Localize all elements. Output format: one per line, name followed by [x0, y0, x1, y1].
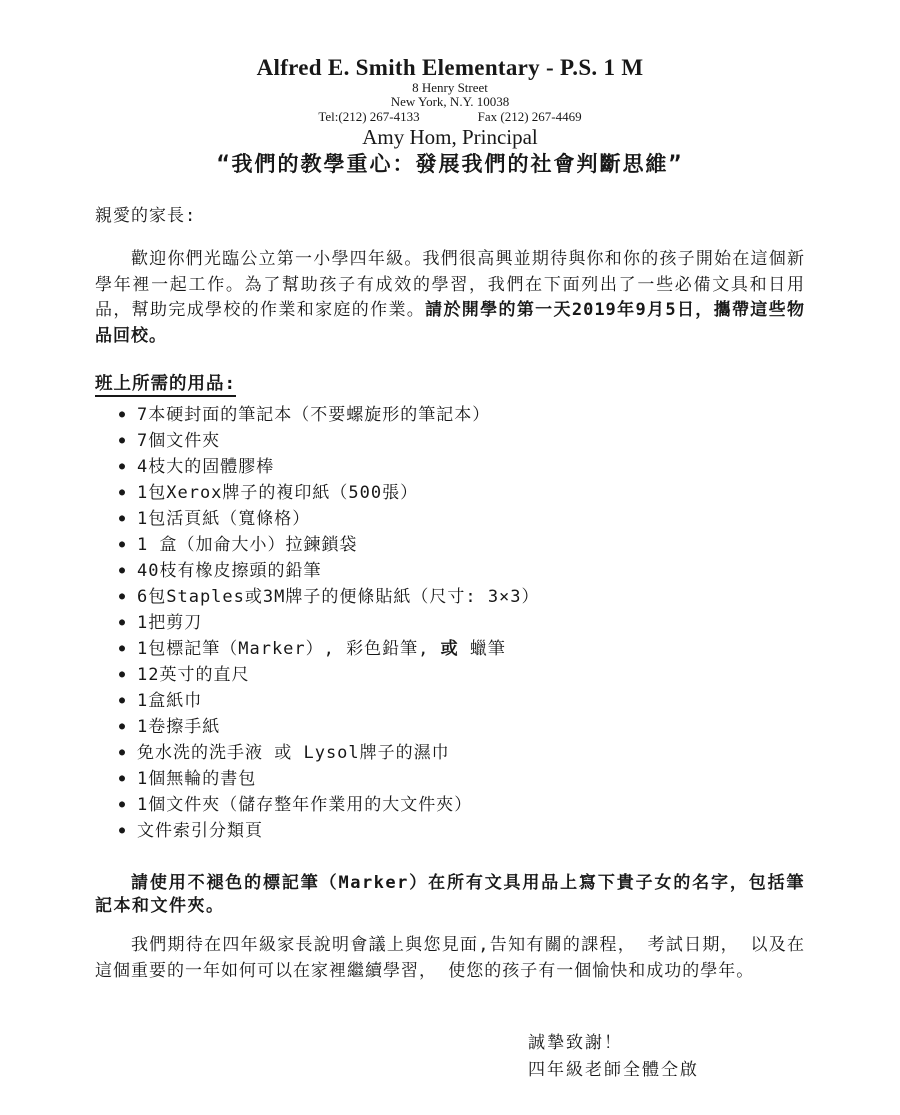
bullet-icon: ● [119, 506, 137, 532]
supply-item: ●1包活頁紙（寬條格） [95, 506, 805, 532]
supply-item-text: 40枝有橡皮擦頭的鉛筆 [137, 558, 321, 584]
closing-signature: 四年級老師全體仝啟 [528, 1057, 805, 1084]
supply-item-text: 1包標記筆（Marker）, 彩色鉛筆, 或 蠟筆 [137, 636, 506, 662]
supply-item-text: 1個文件夾（儲存整年作業用的大文件夾） [137, 792, 472, 818]
tel-fax-row: Tel:(212) 267-4133 Fax (212) 267-4469 [95, 110, 805, 123]
supply-item: ●1 盒（加侖大小）拉鍊鎖袋 [95, 532, 805, 558]
bullet-icon: ● [119, 662, 137, 688]
supply-item-text-part: 蠟筆 [459, 639, 506, 659]
bullet-icon: ● [119, 766, 137, 792]
supply-item-text: 1包Xerox牌子的複印紙（500張） [137, 480, 418, 506]
supply-item: ●1卷擦手紙 [95, 714, 805, 740]
bullet-icon: ● [119, 558, 137, 584]
address-line-1: 8 Henry Street [95, 81, 805, 94]
supplies-heading-text: 班上所需的用品: [95, 374, 236, 397]
supply-item-text: 1卷擦手紙 [137, 714, 220, 740]
supply-item: ●1包標記筆（Marker）, 彩色鉛筆, 或 蠟筆 [95, 636, 805, 662]
letterhead: Alfred E. Smith Elementary - P.S. 1 M 8 … [95, 55, 805, 177]
outro-paragraph: 我們期待在四年級家長說明會議上與您見面,告知有關的課程， 考試日期， 以及在這個… [95, 933, 805, 984]
supply-item-text: 1個無輪的書包 [137, 766, 256, 792]
supply-item-text: 7個文件夾 [137, 428, 220, 454]
supplies-list: ●7本硬封面的筆記本（不要螺旋形的筆記本） ●7個文件夾 ●4枝大的固體膠棒 ●… [95, 402, 805, 844]
school-motto: “我們的教學重心：發展我們的社會判斷思維” [95, 151, 805, 177]
supply-item: ●免水洗的洗手液 或 Lysol牌子的濕巾 [95, 740, 805, 766]
supply-item: ●文件索引分類頁 [95, 818, 805, 844]
supply-item: ●1把剪刀 [95, 610, 805, 636]
supply-item: ●1盒紙巾 [95, 688, 805, 714]
bullet-icon: ● [119, 428, 137, 454]
bullet-icon: ● [119, 688, 137, 714]
supply-item: ●7本硬封面的筆記本（不要螺旋形的筆記本） [95, 402, 805, 428]
fax-number: Fax (212) 267-4469 [478, 110, 582, 123]
supply-item-text: 12英寸的直尺 [137, 662, 249, 688]
bullet-icon: ● [119, 402, 137, 428]
supply-item: ●1個文件夾（儲存整年作業用的大文件夾） [95, 792, 805, 818]
tel-number: Tel:(212) 267-4133 [318, 110, 419, 123]
letter-document: Alfred E. Smith Elementary - P.S. 1 M 8 … [0, 0, 900, 1115]
supply-item-text: 文件索引分類頁 [137, 818, 263, 844]
bullet-icon: ● [119, 584, 137, 610]
bullet-icon: ● [119, 610, 137, 636]
address-line-2: New York, N.Y. 10038 [95, 95, 805, 108]
supply-item-text: 6包Staples或3M牌子的便條貼紙（尺寸: 3×3） [137, 584, 540, 610]
letter-body: 親愛的家長: 歡迎你們光臨公立第一小學四年級。我們很高興並期待與你和你的孩子開始… [95, 205, 805, 1084]
intro-paragraph: 歡迎你們光臨公立第一小學四年級。我們很高興並期待與你和你的孩子開始在這個新學年裡… [95, 247, 805, 349]
bullet-icon: ● [119, 818, 137, 844]
supply-item: ●7個文件夾 [95, 428, 805, 454]
supply-item-text: 1 盒（加侖大小）拉鍊鎖袋 [137, 532, 357, 558]
closing-block: 誠摯致謝！ 四年級老師全體仝啟 [528, 1030, 805, 1084]
supply-item-text: 4枝大的固體膠棒 [137, 454, 274, 480]
bullet-icon: ● [119, 454, 137, 480]
supply-item: ●1個無輪的書包 [95, 766, 805, 792]
bullet-icon: ● [119, 740, 137, 766]
supply-item-text-bold: 或 [441, 639, 459, 659]
school-name: Alfred E. Smith Elementary - P.S. 1 M [95, 55, 805, 80]
note-paragraph: 請使用不褪色的標記筆（Marker）在所有文具用品上寫下貴子女的名字，包括筆記本… [95, 872, 805, 917]
supply-item: ●6包Staples或3M牌子的便條貼紙（尺寸: 3×3） [95, 584, 805, 610]
bullet-icon: ● [119, 532, 137, 558]
bullet-icon: ● [119, 714, 137, 740]
bullet-icon: ● [119, 792, 137, 818]
supply-item-text: 1把剪刀 [137, 610, 202, 636]
principal-name: Amy Hom, Principal [95, 126, 805, 149]
supply-item: ●4枝大的固體膠棒 [95, 454, 805, 480]
bullet-icon: ● [119, 480, 137, 506]
supply-item-text: 1盒紙巾 [137, 688, 202, 714]
supply-item-text-part: 1包標記筆（Marker）, 彩色鉛筆, [137, 639, 441, 659]
supply-item-text: 7本硬封面的筆記本（不要螺旋形的筆記本） [137, 402, 490, 428]
supply-item: ●1包Xerox牌子的複印紙（500張） [95, 480, 805, 506]
salutation: 親愛的家長: [95, 205, 805, 227]
closing-thanks: 誠摯致謝！ [528, 1030, 805, 1057]
bullet-icon: ● [119, 636, 137, 662]
supplies-heading: 班上所需的用品: [95, 373, 805, 395]
supply-item-text: 免水洗的洗手液 或 Lysol牌子的濕巾 [137, 740, 450, 766]
supply-item: ●12英寸的直尺 [95, 662, 805, 688]
supply-item: ●40枝有橡皮擦頭的鉛筆 [95, 558, 805, 584]
supply-item-text: 1包活頁紙（寬條格） [137, 506, 310, 532]
